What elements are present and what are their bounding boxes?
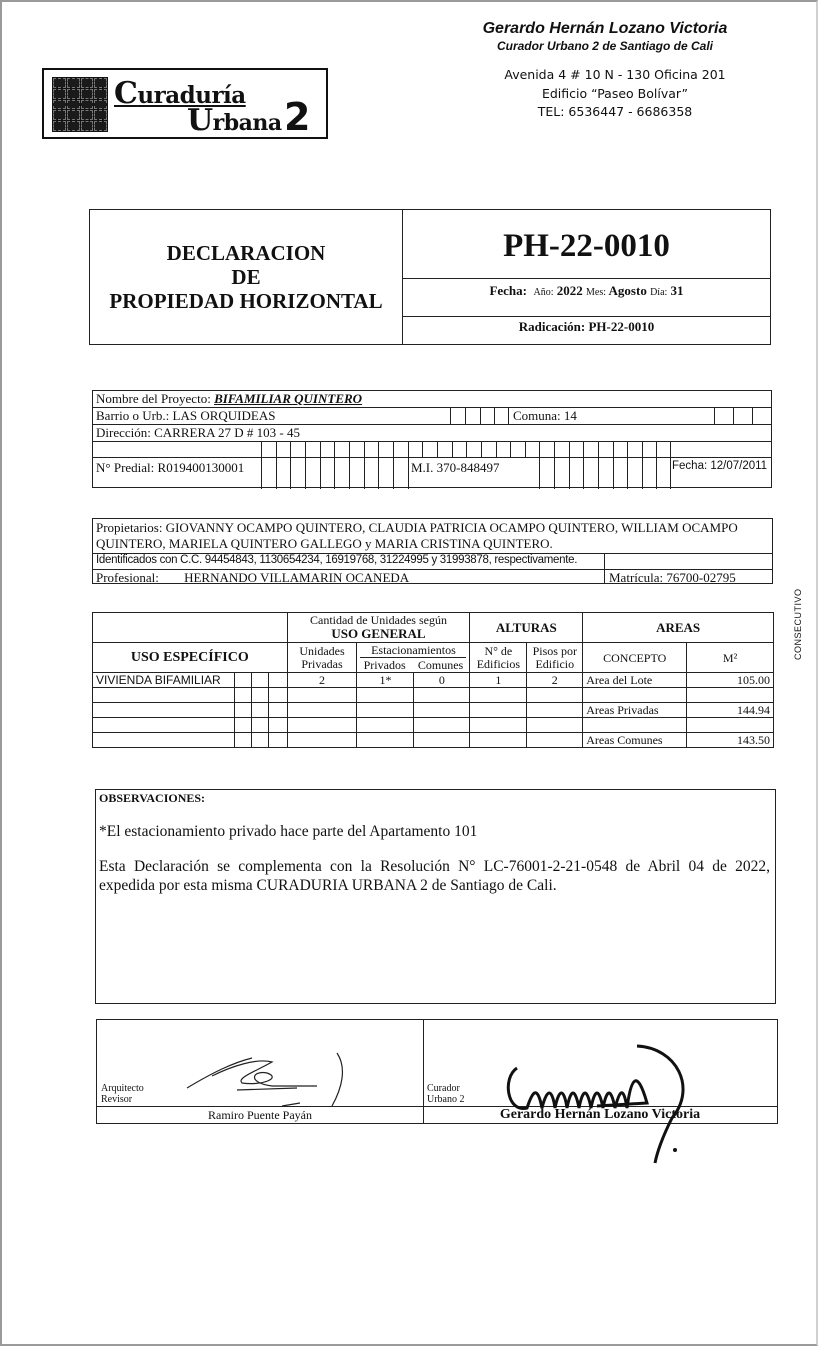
reviewer-name: Ramiro Puente Payán (97, 1108, 423, 1123)
matricula-profesional: Matrícula: 76700-02795 (609, 570, 736, 586)
document-number: PH-22-0010 (403, 210, 770, 279)
profesional: Profesional: HERNANDO VILLAMARIN OCANEDA (96, 570, 409, 586)
address-line-2: Edificio “Paseo Bolívar” (440, 86, 790, 101)
document-title: DECLARACION DE PROPIEDAD HORIZONTAL (90, 210, 403, 344)
col-unidades-privadas: Unidades Privadas (287, 643, 357, 673)
document-date: Fecha: Año: 2022 Mes: Agosto Día: 31 (403, 279, 770, 317)
table-row: VIVIENDA BIFAMILIAR 2 1* 0 1 2 Area del … (93, 673, 774, 688)
project-info-table: Nombre del Proyecto: BIFAMILIAR QUINTERO… (92, 390, 772, 488)
header-areas: AREAS (583, 613, 774, 643)
observations-heading: OBSERVACIONES: (99, 791, 205, 806)
reviewer-signature-icon (182, 1048, 352, 1108)
title-line-1: DECLARACION (109, 241, 382, 265)
owners-table: Propietarios: GIOVANNY OCAMPO QUINTERO, … (92, 518, 773, 584)
table-row (93, 688, 774, 703)
project-name: BIFAMILIAR QUINTERO (214, 391, 362, 406)
logo-number: 2 (284, 95, 310, 139)
left-role: ArquitectoRevisor (101, 1083, 144, 1105)
curator-name: Gerardo Hernán Lozano Victoria (440, 20, 770, 38)
right-role: CuradorUrbano 2 (427, 1083, 465, 1105)
predial-date: Fecha: 12/07/2011 (672, 460, 767, 472)
header-alturas: ALTURAS (470, 613, 583, 643)
logo-grid-icon (52, 77, 108, 132)
col-pisos: Pisos por Edificio (527, 643, 583, 673)
uses-table: Cantidad de Unidades según USO GENERAL A… (92, 612, 774, 748)
col-m2: M² (687, 643, 774, 673)
table-row (93, 718, 774, 733)
title-line-3: PROPIEDAD HORIZONTAL (109, 289, 382, 313)
title-block: DECLARACION DE PROPIEDAD HORIZONTAL PH-2… (89, 209, 771, 345)
col-estacionamientos: Estacionamientos PrivadosComunes (357, 643, 470, 673)
col-concepto: CONCEPTO (583, 643, 687, 673)
signature-block: ArquitectoRevisor CuradorUrbano 2 Ramiro… (96, 1019, 778, 1124)
consecutivo-label: CONSECUTIVO (793, 600, 803, 660)
observation-note: *El estacionamiento privado hace parte d… (99, 822, 770, 841)
comuna: Comuna: 14 (513, 408, 577, 424)
identificados: Identificados con C.C. 94454843, 1130654… (96, 554, 577, 566)
table-row: Areas Comunes 143.50 (93, 733, 774, 748)
address-line-1: Avenida 4 # 10 N - 130 Oficina 201 (440, 67, 790, 82)
table-row: Areas Privadas 144.94 (93, 703, 774, 718)
title-line-2: DE (109, 265, 382, 289)
barrio-row: Barrio o Urb.: LAS ORQUIDEAS Comuna: 14 (93, 408, 771, 425)
curator-signature-name: Gerardo Hernán Lozano Victoria (423, 1107, 777, 1123)
radicacion: Radicación: PH-22-0010 (403, 317, 770, 344)
direccion-row: Dirección: CARRERA 27 D # 103 - 45 (93, 425, 771, 442)
matricula-inmobiliaria: M.I. 370-848497 (411, 460, 499, 476)
observations-box: OBSERVACIONES: *El estacionamiento priva… (95, 789, 776, 1004)
logo-text-urbana: Urbana (187, 103, 282, 138)
observation-complement: Esta Declaración se complementa con la R… (99, 857, 770, 895)
project-name-row: Nombre del Proyecto: BIFAMILIAR QUINTERO (93, 391, 771, 408)
curaduria-logo: Curaduría Urbana 2 (42, 68, 328, 139)
address-line-3: TEL: 6536447 - 6686358 (440, 104, 790, 119)
curator-signature-icon (497, 1038, 707, 1168)
header-uso-general: Cantidad de Unidades según USO GENERAL (287, 613, 470, 643)
propietarios: Propietarios: GIOVANNY OCAMPO QUINTERO, … (96, 520, 769, 552)
header-uso-especifico: USO ESPECÍFICO (93, 643, 288, 673)
col-edificios: N° de Edificios (470, 643, 527, 673)
curator-title: Curador Urbano 2 de Santiago de Cali (440, 39, 770, 53)
